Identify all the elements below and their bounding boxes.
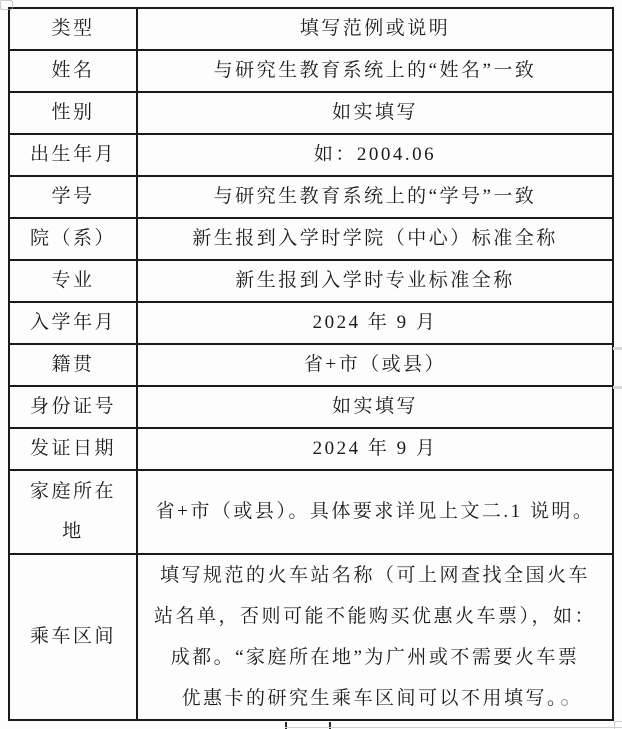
row-value: 省+市（或县） [137, 344, 613, 386]
table-row-train-route: 乘车区间 填写规范的火车站名称（可上网查找全国火车 站名单，否则可能不能购买优惠… [9, 554, 613, 720]
header-type-cell: 类型 [9, 8, 137, 50]
row-label: 乘车区间 [9, 554, 137, 720]
table-row-home-location: 家庭所在地 省+市（或县）。具体要求详见上文二.1 说明。 [9, 470, 613, 554]
table-row-gender: 性别 如实填写 [9, 92, 613, 134]
row-value: 与研究生教育系统上的“姓名”一致 [137, 50, 613, 92]
row-label: 发证日期 [9, 428, 137, 470]
row-value: 2024 年 9 月 [137, 428, 613, 470]
row-value: 如实填写 [137, 386, 613, 428]
cut-off-table-line-artifact [329, 722, 331, 729]
row-value: 新生报到入学时学院（中心）标准全称 [137, 218, 613, 260]
row-label: 身份证号 [9, 386, 137, 428]
table-row-name: 姓名 与研究生教育系统上的“姓名”一致 [9, 50, 613, 92]
row-value: 与研究生教育系统上的“学号”一致 [137, 176, 613, 218]
row-label: 学号 [9, 176, 137, 218]
table-row-major: 专业 新生报到入学时专业标准全称 [9, 260, 613, 302]
row-label: 专业 [9, 260, 137, 302]
table-row-birthdate: 出生年月 如：2004.06 [9, 134, 613, 176]
row-value: 新生报到入学时专业标准全称 [137, 260, 613, 302]
table-row-department: 院（系） 新生报到入学时学院（中心）标准全称 [9, 218, 613, 260]
row-label: 性别 [9, 92, 137, 134]
table-row-student-id: 学号 与研究生教育系统上的“学号”一致 [9, 176, 613, 218]
screenshot-edge-artifact [613, 347, 622, 350]
table-row-native-place: 籍贯 省+市（或县） [9, 344, 613, 386]
row-value: 省+市（或县）。具体要求详见上文二.1 说明。 [137, 470, 613, 554]
cut-off-table-line-artifact [285, 722, 287, 729]
row-label: 出生年月 [9, 134, 137, 176]
screenshot-edge-artifact [285, 727, 622, 728]
document-page: 类型 填写范例或说明 姓名 与研究生教育系统上的“姓名”一致 性别 如实填写 出… [0, 0, 622, 729]
row-value: 如实填写 [137, 92, 613, 134]
header-description-cell: 填写范例或说明 [137, 8, 613, 50]
row-label: 入学年月 [9, 302, 137, 344]
table-row-id-number: 身份证号 如实填写 [9, 386, 613, 428]
row-label: 姓名 [9, 50, 137, 92]
screenshot-edge-artifact [613, 386, 622, 389]
row-value: 填写规范的火车站名称（可上网查找全国火车 站名单，否则可能不能购买优惠火车票），… [137, 554, 613, 720]
registration-info-table: 类型 填写范例或说明 姓名 与研究生教育系统上的“姓名”一致 性别 如实填写 出… [8, 7, 614, 721]
row-value: 2024 年 9 月 [137, 302, 613, 344]
table-row-issue-date: 发证日期 2024 年 9 月 [9, 428, 613, 470]
row-value: 如：2004.06 [137, 134, 613, 176]
row-label: 院（系） [9, 218, 137, 260]
row-label: 籍贯 [9, 344, 137, 386]
table-row-enrollment-date: 入学年月 2024 年 9 月 [9, 302, 613, 344]
table-header-row: 类型 填写范例或说明 [9, 8, 613, 50]
row-label: 家庭所在地 [9, 470, 137, 554]
screenshot-corner-artifact-bottom-right [614, 721, 622, 729]
